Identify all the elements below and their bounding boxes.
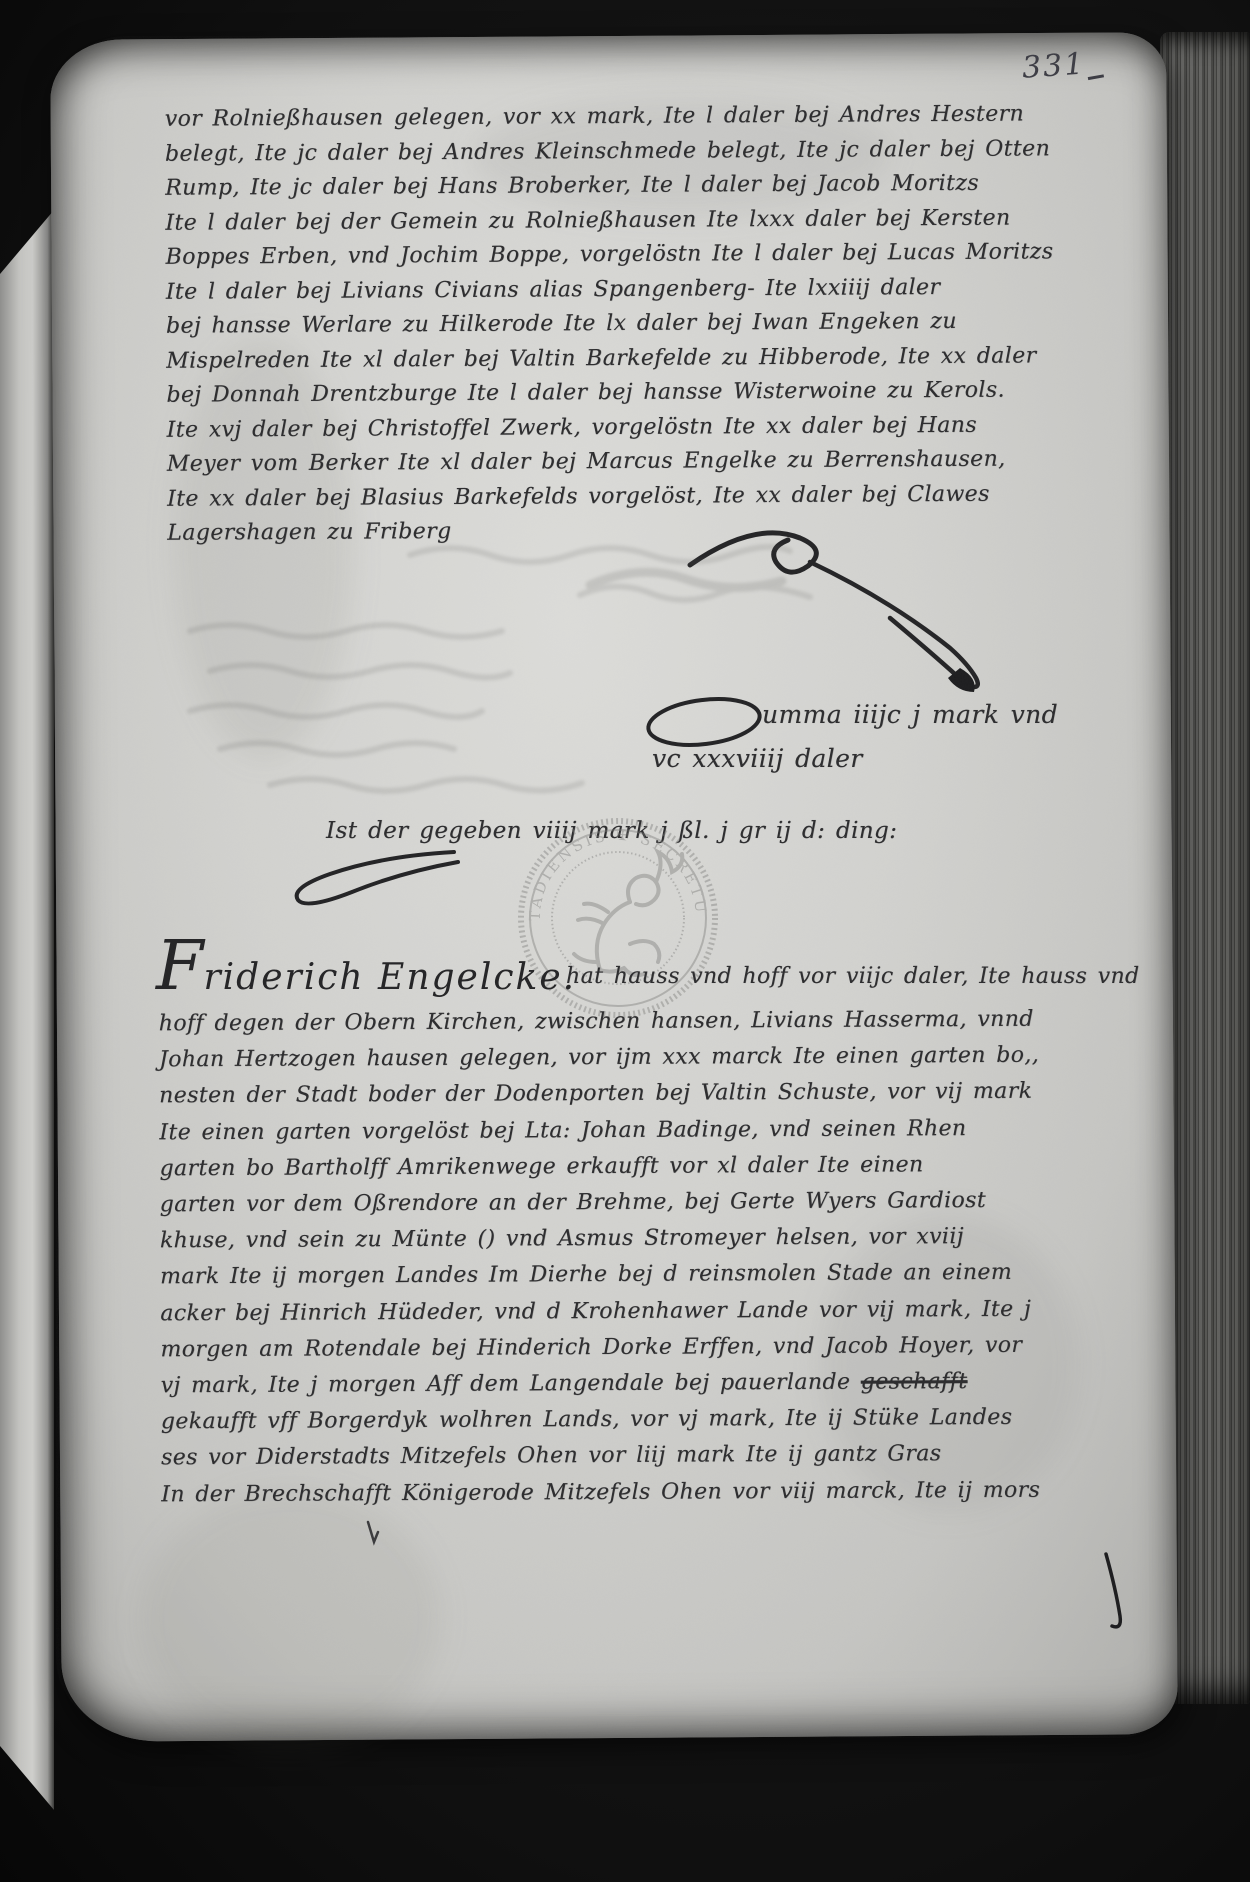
previous-page-edge — [0, 210, 54, 1810]
paper-grain-texture — [56, 36, 1172, 1738]
